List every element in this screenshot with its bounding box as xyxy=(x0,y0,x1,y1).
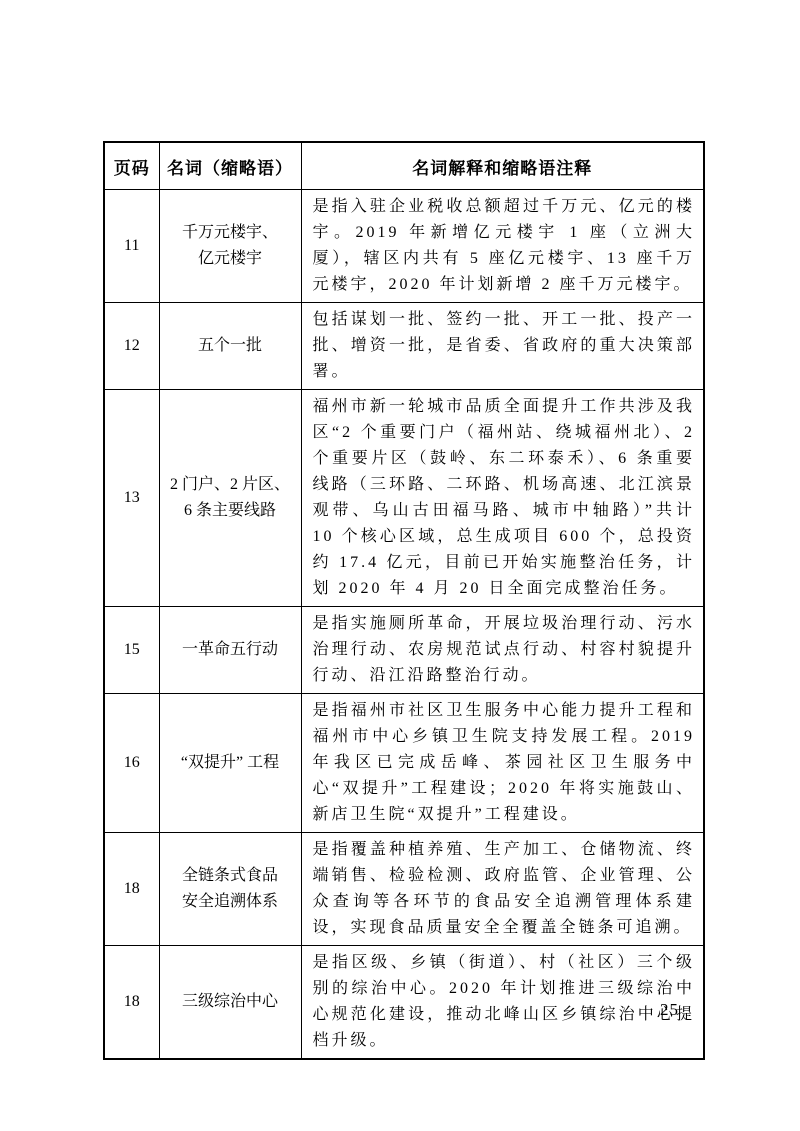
term-cell: 全链条式食品 安全追溯体系 xyxy=(159,833,301,946)
explanation-cell: 是指覆盖种植养殖、生产加工、仓储物流、终端销售、检验检测、政府监管、企业管理、公… xyxy=(301,833,704,946)
table-row: 18 全链条式食品 安全追溯体系 是指覆盖种植养殖、生产加工、仓储物流、终端销售… xyxy=(104,833,704,946)
header-term-col: 名词（缩略语） xyxy=(159,142,301,190)
explanation-cell: 是指区级、乡镇（街道）、村（社区）三个级别的综治中心。2020 年计划推进三级综… xyxy=(301,946,704,1060)
explanation-cell: 是指入驻企业税收总额超过千万元、亿元的楼宇。2019 年新增亿元楼宇 1 座（立… xyxy=(301,190,704,303)
table-row: 12 五个一批 包括谋划一批、签约一批、开工一批、投产一批、增资一批，是省委、省… xyxy=(104,303,704,390)
explanation-cell: 是指实施厕所革命，开展垃圾治理行动、污水治理行动、农房规范试点行动、村容村貌提升… xyxy=(301,607,704,694)
term-cell: 2 门户、2 片区、 6 条主要线路 xyxy=(159,390,301,607)
term-cell: 千万元楼宇、 亿元楼宇 xyxy=(159,190,301,303)
explanation-cell: 是指福州市社区卫生服务中心能力提升工程和福州市中心乡镇卫生院支持发展工程。201… xyxy=(301,694,704,833)
page-number-cell: 15 xyxy=(104,607,159,694)
page-number-cell: 16 xyxy=(104,694,159,833)
page-number-cell: 12 xyxy=(104,303,159,390)
header-explanation-col: 名词解释和缩略语注释 xyxy=(301,142,704,190)
table-row: 13 2 门户、2 片区、 6 条主要线路 福州市新一轮城市品质全面提升工作共涉… xyxy=(104,390,704,607)
glossary-table: 页码 名词（缩略语） 名词解释和缩略语注释 11 千万元楼宇、 亿元楼宇 是指入… xyxy=(103,141,705,1060)
table-row: 15 一革命五行动 是指实施厕所革命，开展垃圾治理行动、污水治理行动、农房规范试… xyxy=(104,607,704,694)
table-row: 16 “双提升” 工程 是指福州市社区卫生服务中心能力提升工程和福州市中心乡镇卫… xyxy=(104,694,704,833)
term-cell: 五个一批 xyxy=(159,303,301,390)
table-row: 11 千万元楼宇、 亿元楼宇 是指入驻企业税收总额超过千万元、亿元的楼宇。201… xyxy=(104,190,704,303)
table-row: 18 三级综治中心 是指区级、乡镇（街道）、村（社区）三个级别的综治中心。202… xyxy=(104,946,704,1060)
header-row: 页码 名词（缩略语） 名词解释和缩略语注释 xyxy=(104,142,704,190)
glossary-table-body: 11 千万元楼宇、 亿元楼宇 是指入驻企业税收总额超过千万元、亿元的楼宇。201… xyxy=(104,190,704,1060)
term-cell: 一革命五行动 xyxy=(159,607,301,694)
page-number-cell: 13 xyxy=(104,390,159,607)
glossary-table-header: 页码 名词（缩略语） 名词解释和缩略语注释 xyxy=(104,142,704,190)
page-number: 25 xyxy=(660,1000,679,1020)
document-page: 页码 名词（缩略语） 名词解释和缩略语注释 11 千万元楼宇、 亿元楼宇 是指入… xyxy=(0,0,800,1131)
term-cell: “双提升” 工程 xyxy=(159,694,301,833)
page-number-cell: 18 xyxy=(104,833,159,946)
page-number-cell: 11 xyxy=(104,190,159,303)
header-page-col: 页码 xyxy=(104,142,159,190)
term-cell: 三级综治中心 xyxy=(159,946,301,1060)
page-number-cell: 18 xyxy=(104,946,159,1060)
explanation-cell: 福州市新一轮城市品质全面提升工作共涉及我区“2 个重要门户（福州站、绕城福州北）… xyxy=(301,390,704,607)
explanation-cell: 包括谋划一批、签约一批、开工一批、投产一批、增资一批，是省委、省政府的重大决策部… xyxy=(301,303,704,390)
